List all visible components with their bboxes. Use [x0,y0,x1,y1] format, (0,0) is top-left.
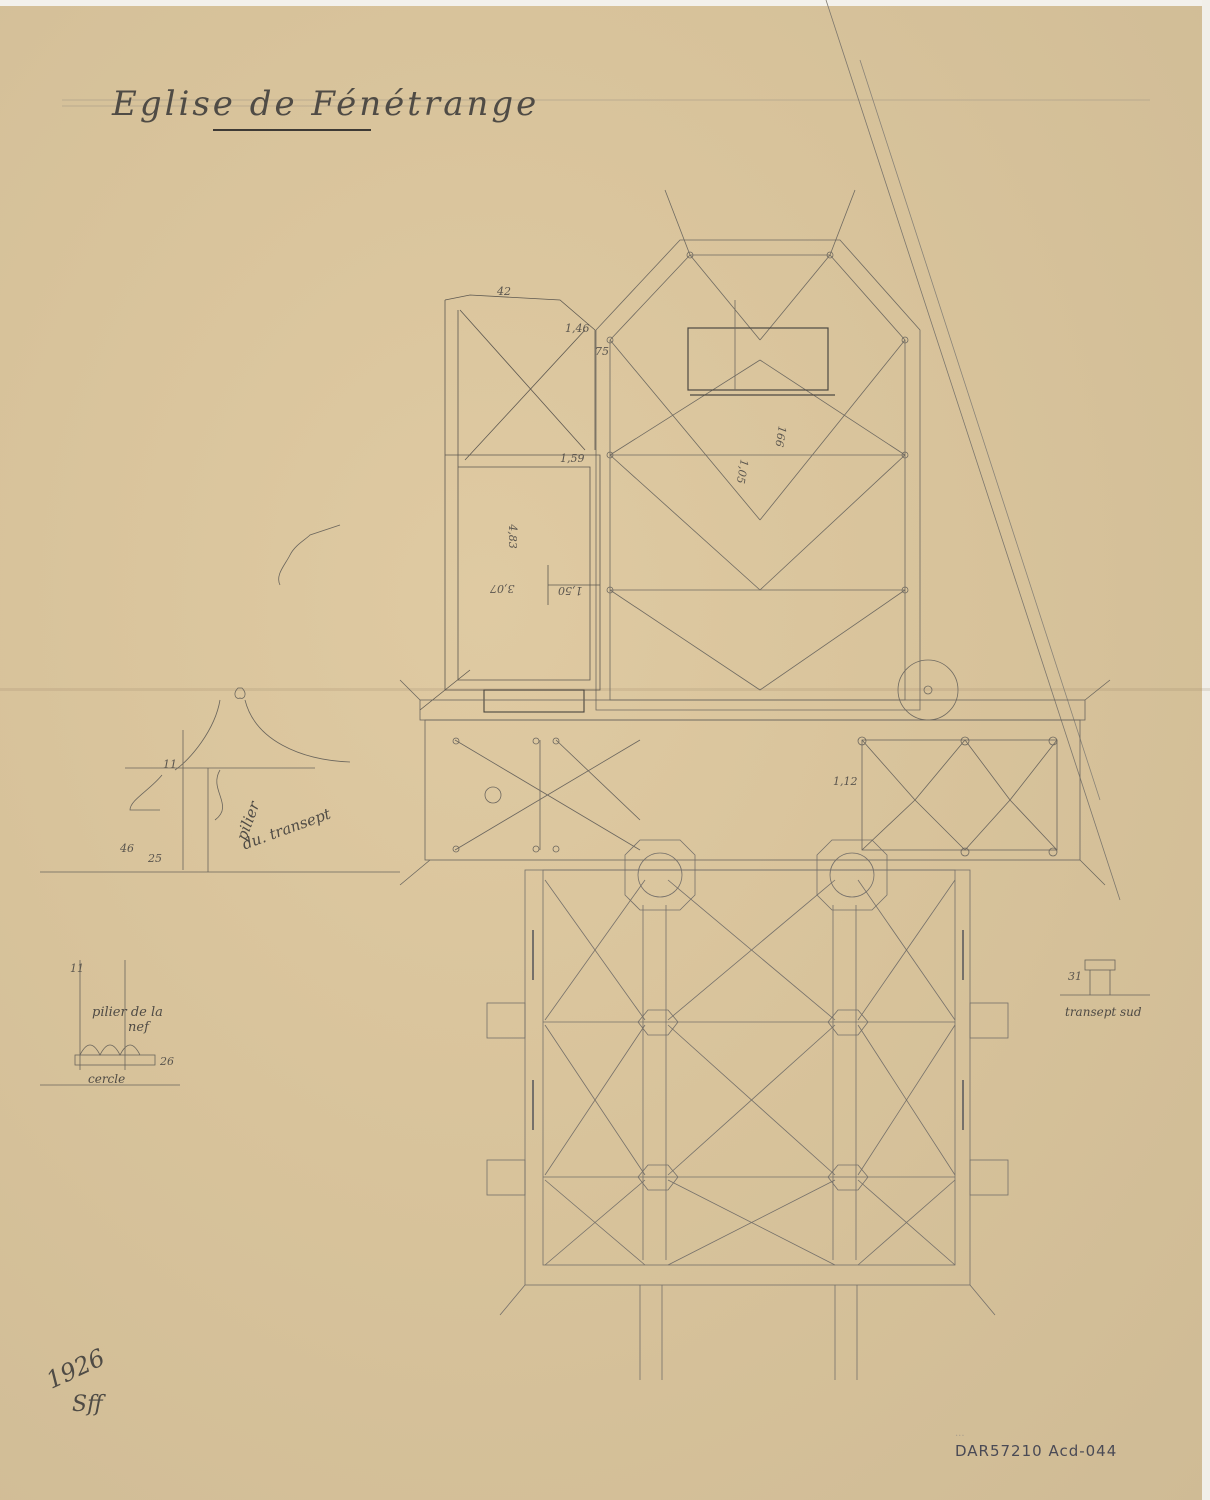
label-pilier-nef-line1: pilier de la [92,1005,163,1020]
dim-11b: 11 [70,962,84,975]
archive-reference: DAR57210 Acd-044 [955,1442,1117,1460]
dim-1-50: 1,50 [558,584,583,597]
church-floor-plan [0,0,1210,1500]
dim-1-59: 1,59 [560,452,585,465]
transept [400,680,1110,885]
choir-apse [596,190,958,720]
nave [487,840,1008,1380]
dim-4-83: 4,83 [506,524,519,549]
dim-31: 31 [1068,970,1082,983]
dim-46: 46 [120,842,134,855]
label-transept-sud: transept sud [1065,1005,1142,1019]
scanned-drawing-sheet: Eglise de Fénétrange pilier du. transept… [0,0,1210,1500]
drawing-title: Eglise de Fénétrange [112,84,539,124]
detail-sketches [40,525,1150,1085]
faint-stamp: ... [955,1428,965,1439]
dim-42: 42 [497,285,511,298]
label-cercle: cercle [88,1072,125,1086]
dim-75: 75 [595,345,609,358]
dim-11: 11 [163,758,177,771]
dim-3-07: 3,07 [490,582,515,595]
dim-25: 25 [148,852,162,865]
dim-26: 26 [160,1055,174,1068]
label-pilier-nef-line2: nef [128,1020,149,1035]
signature: Sff [72,1392,103,1417]
sacristy-chapel [420,295,600,712]
dim-1-46: 1,46 [565,322,590,335]
title-underline [213,129,371,131]
dim-1-12: 1,12 [833,775,858,788]
